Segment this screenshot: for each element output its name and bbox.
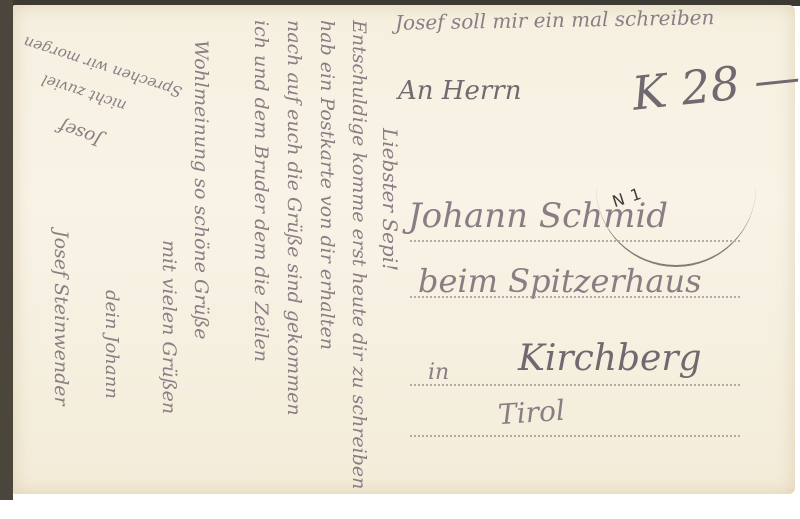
- message-line-1: Liebster Sepi!: [378, 128, 402, 271]
- message-line-2: Entschuldige komme erst heute dir zu sch…: [348, 20, 370, 489]
- message-line-7: mit vielen Grüßen: [158, 240, 180, 414]
- salutation: An Herrn: [398, 76, 521, 106]
- message-line-9: Josef Steinwender: [50, 230, 72, 406]
- message-line-3: hab ein Postkarte von dir erhalten: [316, 20, 338, 350]
- address-name: Johann Schmid: [408, 196, 668, 236]
- message-line-5: ich und dem Bruder dem die Zeilen: [250, 20, 272, 362]
- address-region: Tirol: [497, 394, 566, 432]
- message-line-4: nach auf euch die Grüße sind gekommen: [283, 20, 305, 416]
- address-line-2: [410, 296, 740, 298]
- address-line-4: [410, 435, 740, 437]
- address-line2: beim Spitzerhaus: [418, 262, 701, 300]
- address-town: Kirchberg: [518, 338, 702, 379]
- address-line-1: [410, 240, 740, 242]
- scan-border-left: [0, 0, 13, 500]
- message-line-8: dein Johann: [101, 290, 122, 399]
- address-line-3: [410, 384, 740, 386]
- message-line-6: Wohlmeinung so schöne Grüße: [190, 40, 212, 340]
- address-prefix: in: [428, 360, 449, 385]
